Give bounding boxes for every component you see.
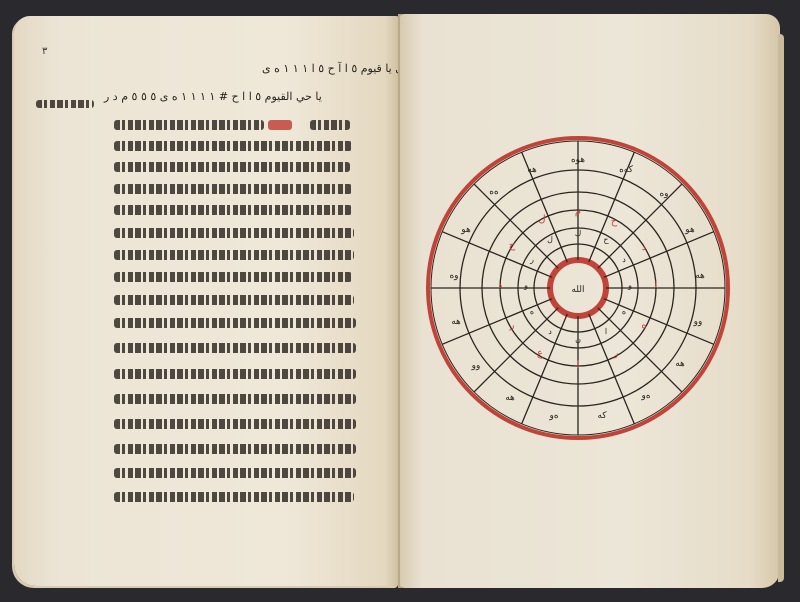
svg-text:ﻝ: ﻝ [538,214,545,225]
svg-text:ﻩﻭ: ﻩﻭ [640,391,650,401]
text-line [114,162,350,172]
circular-talisman-diagram: ﻫﻮﻩﻛﻪﻩﻭﻩ ﻫﻮﻫﻪﻭﻭ ﻫﻪﻩﻭﻛﻪ ﻩﻭﻫﻪﻭﻭ ﻫﻪﻭﻩﻫﻮ ﻩﻩﻫ… [418,128,738,448]
svg-text:ﻭ: ﻭ [523,281,528,290]
svg-text:ﻙ: ﻙ [575,229,582,238]
text-line [114,250,354,260]
svg-text:ﻩﻩ: ﻩﻩ [489,187,499,197]
svg-text:ﺡ: ﺡ [611,216,618,227]
svg-text:ﻛﻪ: ﻛﻪ [597,411,607,421]
svg-text:ﻩ: ﻩ [641,320,646,331]
svg-text:ﺡ: ﺡ [509,240,516,251]
text-line [114,228,354,238]
text-line [114,295,354,305]
svg-text:ﻭﻭ: ﻭﻭ [471,361,481,371]
text-line [114,369,356,379]
text-line [114,205,352,215]
text-line [114,318,356,328]
left-page: ٣ يا حي يا قيوم ٥ ا آ ح ٥ ا ١ ١ ١ ه ى يا… [14,16,400,586]
svg-text:ﺩ: ﺩ [622,255,626,264]
svg-text:ﻩ: ﻩ [530,307,534,316]
svg-text:ﻭﻩ: ﻭﻩ [449,271,458,281]
svg-text:ﺩ: ﺩ [548,327,552,336]
rubricated-word [268,120,292,130]
svg-text:ﻉ: ﻉ [537,348,543,359]
header-line-2: يا حي القيوم ٥ ا ا ح # ١ ١ ١ ١ ه ى ٥ ٥ ٥… [104,90,322,103]
svg-text:ﻩ: ﻩ [622,307,626,316]
svg-text:ﺍ: ﺍ [605,327,607,336]
svg-text:ﻫﻪ: ﻫﻪ [695,271,705,281]
diagram-center-text: الله [571,285,584,295]
text-line [114,468,356,478]
text-line [114,184,352,194]
svg-text:ﺭ: ﺭ [613,348,619,359]
svg-text:ﻝ: ﻝ [547,235,553,244]
page-edge [778,34,784,582]
svg-text:ﻫﻪ: ﻫﻪ [451,317,461,327]
svg-text:ﺩ: ﺩ [642,242,646,253]
text-line [114,272,352,282]
svg-text:ﺍ: ﺍ [577,360,580,371]
svg-text:ﺡ: ﺡ [603,235,609,244]
svg-text:ﺩ: ﺩ [498,280,502,291]
svg-text:ﻛﻪﻩ: ﻛﻪﻩ [619,165,634,175]
svg-text:ﻫﻪ: ﻫﻪ [675,359,685,369]
svg-text:ﻥ: ﻥ [575,335,581,344]
page-number: ٣ [42,46,47,57]
svg-text:ﺭ: ﺭ [509,320,515,331]
text-line [114,394,356,404]
text-line [114,419,356,429]
svg-text:ﻭ: ﻭ [627,281,632,290]
svg-text:ﻫﻮ: ﻫﻮ [460,225,471,235]
svg-text:ﺍ: ﺍ [655,280,658,291]
text-line [114,492,354,502]
text-line [114,141,352,151]
svg-text:ﻭﻩ: ﻭﻩ [659,189,668,199]
svg-text:ﻫﻮﻩ: ﻫﻮﻩ [571,155,585,165]
svg-text:ﻫﻪ: ﻫﻪ [527,165,537,175]
text-line [310,120,350,130]
svg-text:ﺭ: ﺭ [529,255,534,264]
svg-text:ﻭﻭ: ﻭﻭ [693,317,703,327]
text-line [114,444,356,454]
svg-text:ﻫﻪ: ﻫﻪ [505,393,515,403]
svg-text:ﻫﻮ: ﻫﻮ [684,225,695,235]
text-line [114,343,356,353]
svg-text:ﻩﻭ: ﻩﻭ [548,411,558,421]
svg-text:ﻡ: ﻡ [575,206,581,217]
margin-cipher-line [36,100,94,108]
text-line [114,120,264,130]
